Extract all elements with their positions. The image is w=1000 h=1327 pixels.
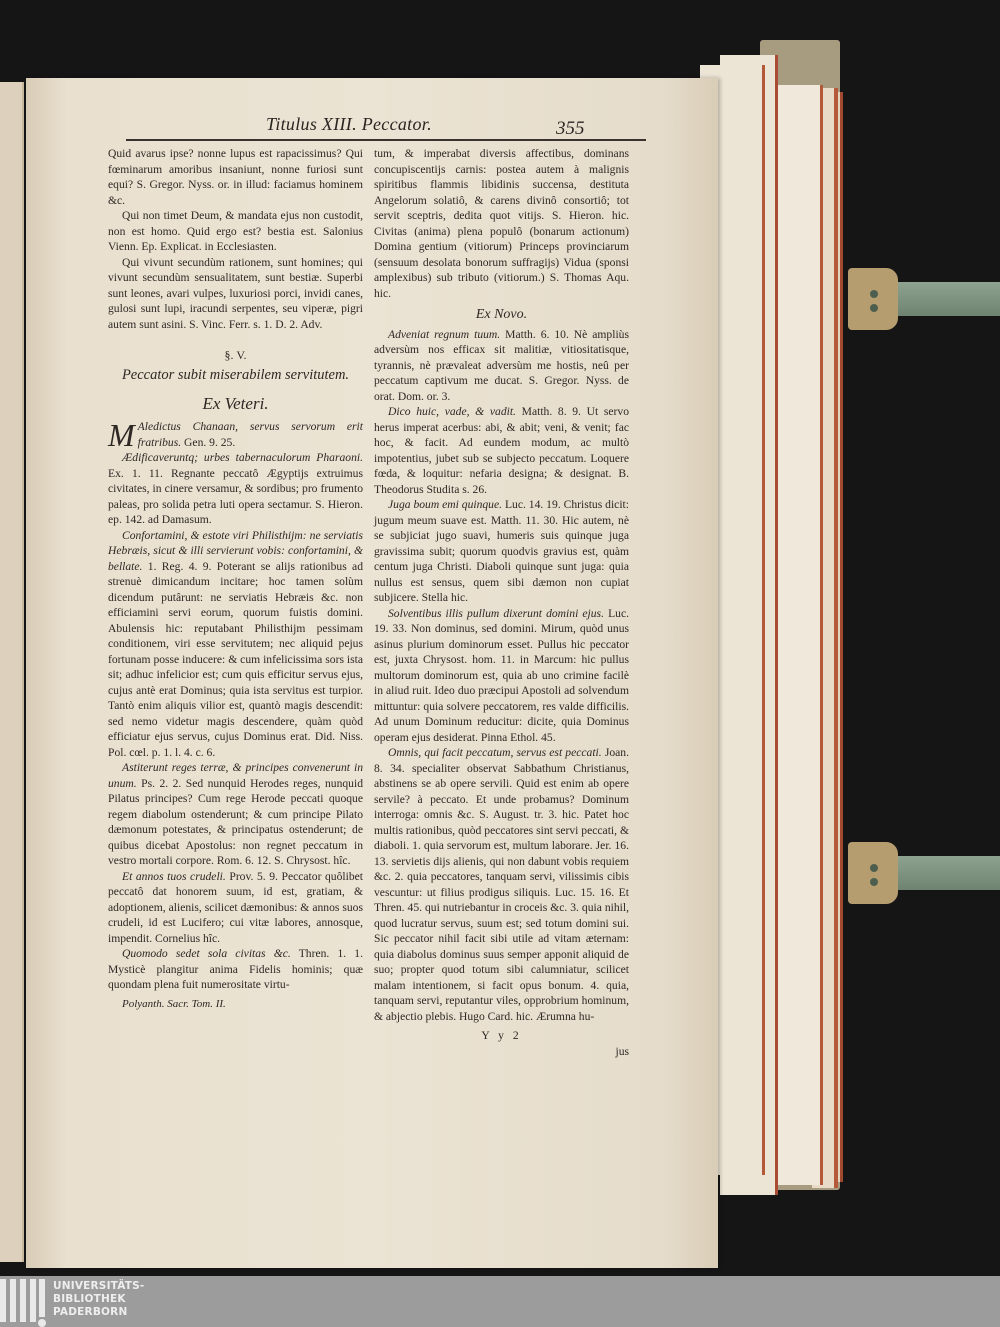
rivet-icon	[870, 864, 878, 872]
entry: Ædificaveruntq; urbes tabernaculorum Pha…	[108, 450, 363, 528]
entry-text: Luc. 19. 33. Non dominus, sed domini. Mi…	[374, 607, 629, 744]
scripture-quote: Ædificaveruntq; urbes tabernaculorum Pha…	[122, 451, 363, 464]
entry-text: 1. Reg. 4. 9. Poterant se alijs rationib…	[108, 560, 363, 759]
left-column: Quid avarus ipse? nonne lupus est rapaci…	[108, 146, 363, 1012]
entry: Adveniat regnum tuum. Matth. 6. 10. Nè a…	[374, 327, 629, 405]
subheading-ex-novo: Ex Novo.	[374, 307, 629, 323]
library-logo-text: UNIVERSITÄTS- BIBLIOTHEK PADERBORN	[53, 1280, 144, 1319]
entry: Astiterunt reges terræ, & principes conv…	[108, 760, 363, 869]
entry-text: Luc. 14. 19. Christus dicit: jugum meum …	[374, 498, 629, 604]
paragraph: tum, & imperabat diversis affectibus, do…	[374, 146, 629, 301]
scripture-quote: Omnis, qui facit peccatum, servus est pe…	[388, 746, 602, 759]
subheading-ex-veteri: Ex Veteri.	[108, 396, 363, 412]
book-page: Titulus XIII. Peccator. 355 Quid avarus …	[26, 78, 718, 1268]
header-rule	[126, 139, 646, 141]
entry-text: Matth. 8. 9. Ut servo herus imperat acer…	[374, 405, 629, 496]
scripture-quote: Dico huic, vade, & vadit.	[388, 405, 516, 418]
rivet-icon	[870, 878, 878, 886]
entry-text: Joan. 8. 34. specialiter observat Sabbat…	[374, 746, 629, 1023]
right-column: tum, & imperabat diversis affectibus, do…	[374, 146, 629, 1059]
entry: Dico huic, vade, & vadit. Matth. 8. 9. U…	[374, 404, 629, 497]
rivet-icon	[870, 290, 878, 298]
entry-text: Gen. 9. 25.	[181, 436, 235, 449]
scripture-quote: Aledictus Chanaan, servus servorum erit …	[138, 420, 363, 449]
logo-line: UNIVERSITÄTS-	[53, 1280, 144, 1293]
volume-footer: Polyanth. Sacr. Tom. II.	[108, 997, 363, 1013]
scripture-quote: Quomodo sedet sola civitas &c.	[122, 947, 291, 960]
book-clasp-lower	[848, 842, 1000, 904]
entry: Solventibus illis pullum dixerunt domini…	[374, 606, 629, 746]
catchword: jus	[374, 1044, 629, 1060]
scripture-quote: Juga boum emi quinque.	[388, 498, 502, 511]
scripture-quote: Solventibus illis pullum dixerunt domini…	[388, 607, 604, 620]
book-clasp-upper	[848, 268, 1000, 330]
section-mark: §. V.	[108, 348, 363, 364]
entry: Confortamini, & estote viri Philisthijm:…	[108, 528, 363, 761]
logo-dot-icon	[38, 1319, 46, 1327]
entry: Omnis, qui facit peccatum, servus est pe…	[374, 745, 629, 1024]
rivet-icon	[870, 304, 878, 312]
entry-text: Ps. 2. 2. Sed nunquid Herodes reges, nun…	[108, 777, 363, 868]
page-number: 355	[556, 118, 585, 140]
entry: Et annos tuos crudeli. Prov. 5. 9. Pecca…	[108, 869, 363, 947]
paragraph: Qui vivunt secundùm rationem, sunt homin…	[108, 255, 363, 333]
scripture-quote: Et annos tuos crudeli.	[122, 870, 226, 883]
drop-cap: M	[108, 421, 135, 449]
paragraph: Quid avarus ipse? nonne lupus est rapaci…	[108, 146, 363, 208]
paragraph: Qui non timet Deum, & mandata ejus non c…	[108, 208, 363, 255]
library-footer-bar: UNIVERSITÄTS- BIBLIOTHEK PADERBORN	[0, 1276, 1000, 1327]
clasp-plate	[848, 268, 898, 330]
book-scan: Titulus XIII. Peccator. 355 Quid avarus …	[0, 0, 1000, 1276]
logo-line: BIBLIOTHEK	[53, 1293, 144, 1306]
signature-mark: Y y 2	[374, 1028, 629, 1044]
running-head: Titulus XIII. Peccator.	[266, 114, 432, 135]
clasp-plate	[848, 842, 898, 904]
entry: Quomodo sedet sola civitas &c. Thren. 1.…	[108, 946, 363, 993]
section-title: Peccator subit miserabilem servitutem.	[108, 367, 363, 384]
entry: Juga boum emi quinque. Luc. 14. 19. Chri…	[374, 497, 629, 606]
previous-page-edge	[0, 82, 24, 1262]
entry-text: Ex. 1. 11. Regnante peccatô Ægyptijs ext…	[108, 467, 363, 527]
entry: MAledictus Chanaan, servus servorum erit…	[108, 419, 363, 450]
scripture-quote: Adveniat regnum tuum.	[388, 328, 500, 341]
logo-line: PADERBORN	[53, 1306, 144, 1319]
